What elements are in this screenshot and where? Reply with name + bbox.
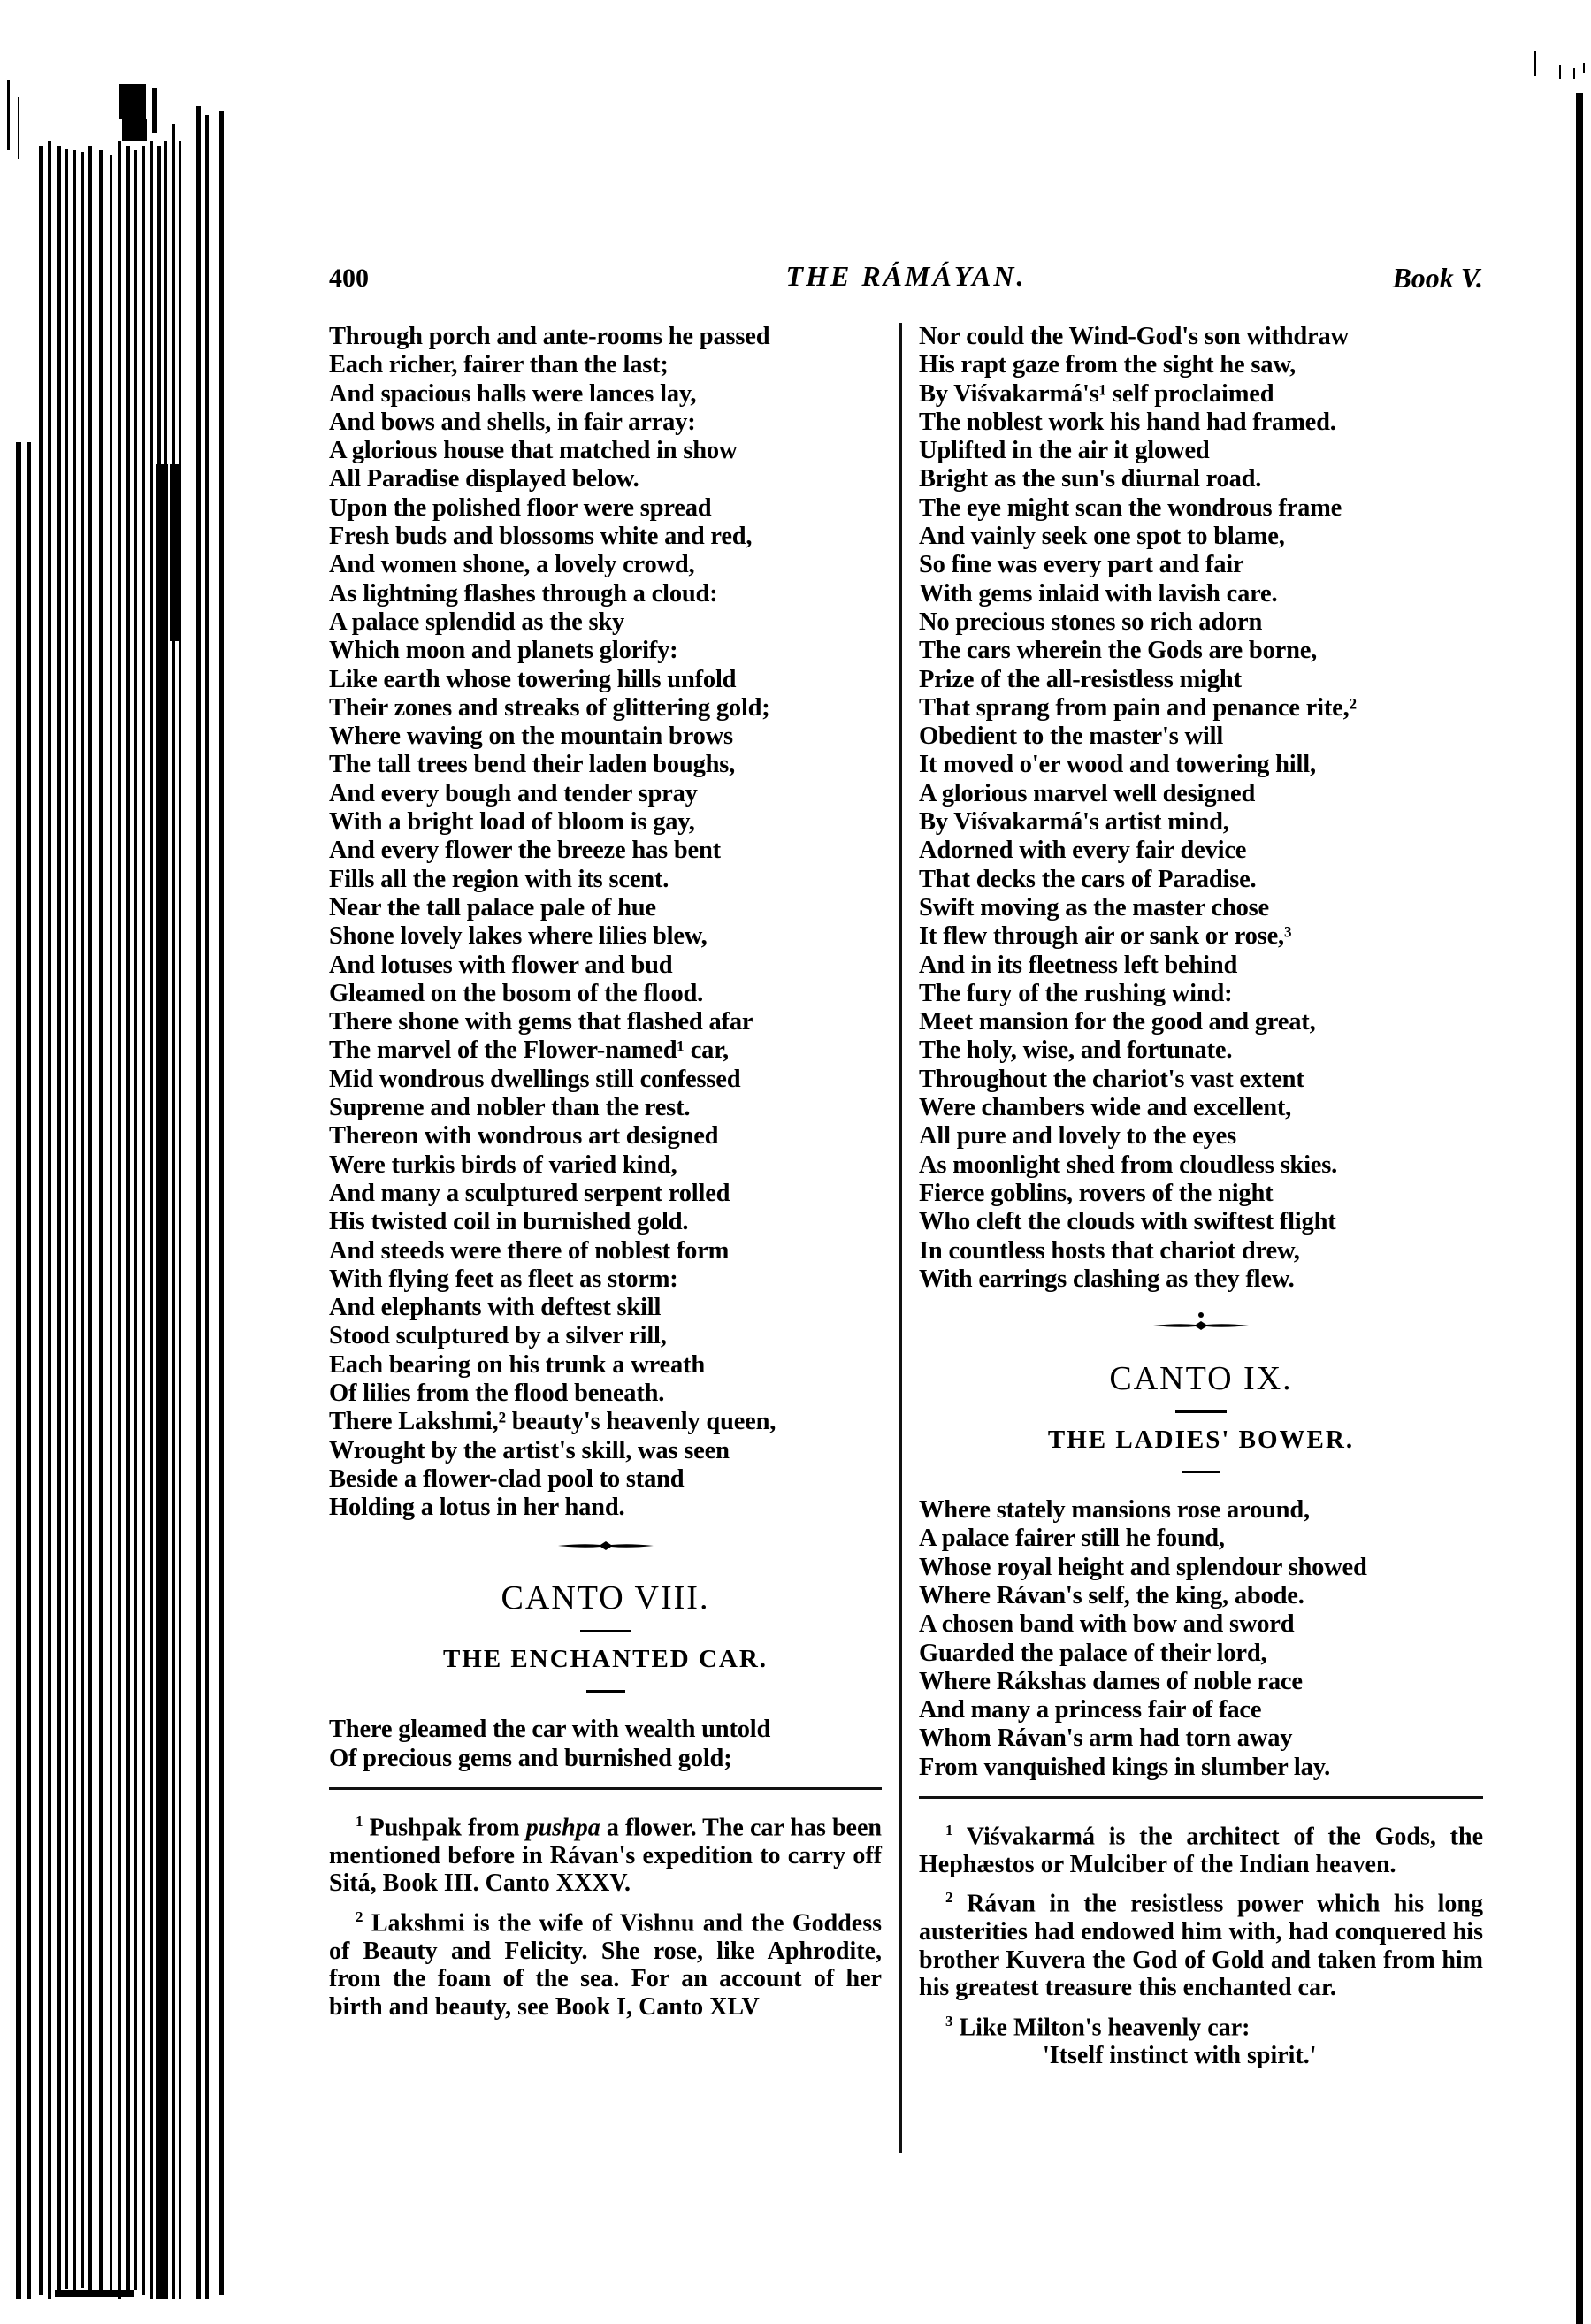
short-rule (580, 1630, 631, 1632)
scan-tick-marks-icon (1534, 49, 1587, 84)
verse-line: There shone with gems that flashed afar (329, 1008, 882, 1036)
verse-line: Through porch and ante-rooms he passed (329, 323, 882, 351)
left-column: Through porch and ante-rooms he passedEa… (329, 323, 882, 2026)
verse-line: Bright as the sun's diurnal road. (919, 465, 1483, 493)
verse-line: Each richer, fairer than the last; (329, 351, 882, 379)
left-verse-block: Through porch and ante-rooms he passedEa… (329, 323, 882, 1522)
footnote-2: 2 Lakshmi is the wife of Vishnu and the … (329, 1903, 882, 2021)
verse-line: Swift moving as the master chose (919, 894, 1483, 922)
footnote-text: Lakshmi is the wife of Vishnu and the Go… (329, 1909, 882, 2021)
verse-line: It moved o'er wood and towering hill, (919, 751, 1483, 779)
running-title: THE RÁMÁYAN. (329, 260, 1483, 293)
footnote-text: Viśvakarmá is the architect of the Gods,… (919, 1823, 1483, 1878)
verse-line: All Paradise displayed below. (329, 465, 882, 493)
canto-ix-subtitle: THE LADIES' BOWER. (919, 1426, 1483, 1455)
canto-ix-verse-block: Where stately mansions rose around,A pal… (919, 1496, 1483, 1782)
footnote-mark: 2 (945, 1889, 953, 1906)
verse-line: Fierce goblins, rovers of the night (919, 1180, 1483, 1208)
footnote-rule (919, 1796, 1483, 1799)
verse-line: Supreme and nobler than the rest. (329, 1094, 882, 1122)
scan-binding-edge (0, 0, 230, 2324)
verse-line: Were turkis birds of varied kind, (329, 1151, 882, 1180)
verse-line: The eye might scan the wondrous frame (919, 494, 1483, 523)
verse-line: Where stately mansions rose around, (919, 1496, 1483, 1525)
verse-line: Which moon and planets glorify: (329, 637, 882, 665)
verse-line: Stood sculptured by a silver rill, (329, 1322, 882, 1350)
verse-line: Thereon with wondrous art designed (329, 1122, 882, 1151)
verse-line: Obedient to the master's will (919, 722, 1483, 751)
footnote-1: 1 Viśvakarmá is the architect of the God… (919, 1816, 1483, 1878)
footnote-1: 1 Pushpak from pushpa a flower. The car … (329, 1808, 882, 1898)
verse-line: Of precious gems and burnished gold; (329, 1745, 882, 1773)
verse-line: A palace fairer still he found, (919, 1525, 1483, 1553)
footnote-italic-term: pushpa (526, 1814, 600, 1841)
verse-line: Prize of the all-resistless might (919, 666, 1483, 694)
right-column: Nor could the Wind-God's son withdrawHis… (919, 323, 1483, 2075)
verse-line: With gems inlaid with lavish care. (919, 580, 1483, 608)
footnote-quote: 'Itself instinct with spirit.' (919, 2042, 1483, 2070)
verse-line: Gleamed on the bosom of the flood. (329, 980, 882, 1008)
section-ornament-icon (1151, 1311, 1251, 1333)
verse-line: Upon the polished floor were spread (329, 494, 882, 523)
canto-ix-title: CANTO IX. (919, 1359, 1483, 1398)
verse-line: And every bough and tender spray (329, 780, 882, 808)
verse-line: Throughout the chariot's vast extent (919, 1066, 1483, 1094)
verse-line: And women shone, a lovely crowd, (329, 551, 882, 579)
verse-line: The marvel of the Flower-named¹ car, (329, 1036, 882, 1065)
verse-line: That decks the cars of Paradise. (919, 866, 1483, 894)
verse-line: Wrought by the artist's skill, was seen (329, 1437, 882, 1465)
verse-line: Meet mansion for the good and great, (919, 1008, 1483, 1036)
verse-line: Whom Rávan's arm had torn away (919, 1724, 1483, 1753)
right-verse-block: Nor could the Wind-God's son withdrawHis… (919, 323, 1483, 1294)
footnote-mark: 1 (356, 1813, 363, 1830)
verse-line: A chosen band with bow and sword (919, 1610, 1483, 1639)
verse-line: And many a sculptured serpent rolled (329, 1180, 882, 1208)
verse-line: With a bright load of bloom is gay, (329, 808, 882, 837)
verse-line: By Viśvakarmá's¹ self proclaimed (919, 380, 1483, 409)
footnote-text: Pushpak from (370, 1814, 526, 1841)
short-rule (586, 1690, 625, 1693)
verse-line: And in its fleetness left behind (919, 952, 1483, 980)
verse-line: And lotuses with flower and bud (329, 952, 882, 980)
column-divider (899, 323, 902, 2153)
verse-line: Uplifted in the air it glowed (919, 437, 1483, 465)
verse-line: The fury of the rushing wind: (919, 980, 1483, 1008)
verse-line: Holding a lotus in her hand. (329, 1494, 882, 1522)
left-footnotes: 1 Pushpak from pushpa a flower. The car … (329, 1808, 882, 2021)
verse-line: With earrings clashing as they flew. (919, 1265, 1483, 1294)
verse-line: The holy, wise, and fortunate. (919, 1036, 1483, 1065)
verse-line: In countless hosts that chariot drew, (919, 1237, 1483, 1265)
canto-viii-subtitle: THE ENCHANTED CAR. (329, 1645, 882, 1674)
footnote-rule (329, 1787, 882, 1790)
verse-line: A glorious house that matched in show (329, 437, 882, 465)
running-head: 400 THE RÁMÁYAN. Book V. (329, 256, 1483, 301)
verse-line: Where waving on the mountain brows (329, 722, 882, 751)
binding-stripes-icon (0, 0, 230, 2324)
footnote-mark: 3 (945, 2013, 953, 2030)
verse-line: With flying feet as fleet as storm: (329, 1265, 882, 1294)
verse-line: That sprang from pain and penance rite,² (919, 694, 1483, 722)
footnote-3: 3 Like Milton's heavenly car: 'Itself in… (919, 2007, 1483, 2069)
footnote-text: Rávan in the resistless power which his … (919, 1891, 1483, 2002)
verse-line: There gleamed the car with wealth untold (329, 1716, 882, 1744)
verse-line: And bows and shells, in fair array: (329, 409, 882, 437)
verse-line: And many a princess fair of face (919, 1696, 1483, 1724)
verse-line: Fills all the region with its scent. (329, 866, 882, 894)
verse-line: The noblest work his hand had framed. (919, 409, 1483, 437)
book-page: 400 THE RÁMÁYAN. Book V. Through porch a… (329, 256, 1483, 301)
verse-line: Who cleft the clouds with swiftest fligh… (919, 1208, 1483, 1236)
verse-line: Beside a flower-clad pool to stand (329, 1465, 882, 1494)
verse-line: The tall trees bend their laden boughs, (329, 751, 882, 779)
verse-line: Each bearing on his trunk a wreath (329, 1351, 882, 1380)
verse-line: His rapt gaze from the sight he saw, (919, 351, 1483, 379)
verse-line: Nor could the Wind-God's son withdraw (919, 323, 1483, 351)
verse-line: There Lakshmi,² beauty's heavenly queen, (329, 1408, 882, 1436)
verse-line: Of lilies from the flood beneath. (329, 1380, 882, 1408)
verse-line: It flew through air or sank or rose,³ (919, 922, 1483, 951)
footnote-text: Like Milton's heavenly car: (960, 2014, 1251, 2041)
footnote-mark: 1 (945, 1822, 953, 1839)
verse-line: Were chambers wide and excellent, (919, 1094, 1483, 1122)
verse-line: No precious stones so rich adorn (919, 608, 1483, 637)
verse-line: His twisted coil in burnished gold. (329, 1208, 882, 1236)
verse-line: Whose royal height and splendour showed (919, 1554, 1483, 1582)
short-rule (1182, 1471, 1220, 1473)
scan-right-edge (1576, 93, 1583, 2324)
verse-line: A palace splendid as the sky (329, 608, 882, 637)
verse-line: And steeds were there of noblest form (329, 1237, 882, 1265)
footnote-2: 2 Rávan in the resistless power which hi… (919, 1884, 1483, 2001)
verse-line: Their zones and streaks of glittering go… (329, 694, 882, 722)
verse-line: A glorious marvel well designed (919, 780, 1483, 808)
section-ornament-icon (556, 1540, 655, 1552)
verse-line: And vainly seek one spot to blame, (919, 523, 1483, 551)
verse-line: Where Rákshas dames of noble race (919, 1668, 1483, 1696)
verse-line: So fine was every part and fair (919, 551, 1483, 579)
canto-viii-verse-block: There gleamed the car with wealth untold… (329, 1716, 882, 1773)
verse-line: Guarded the palace of their lord, (919, 1640, 1483, 1668)
verse-line: Adorned with every fair device (919, 837, 1483, 865)
verse-line: Near the tall palace pale of hue (329, 894, 882, 922)
verse-line: By Viśvakarmá's artist mind, (919, 808, 1483, 837)
short-rule (1175, 1410, 1227, 1413)
verse-line: Fresh buds and blossoms white and red, (329, 523, 882, 551)
verse-line: Mid wondrous dwellings still confessed (329, 1066, 882, 1094)
verse-line: From vanquished kings in slumber lay. (919, 1754, 1483, 1782)
verse-line: As moonlight shed from cloudless skies. (919, 1151, 1483, 1180)
verse-line: Like earth whose towering hills unfold (329, 666, 882, 694)
verse-line: All pure and lovely to the eyes (919, 1122, 1483, 1151)
footnote-mark: 2 (356, 1908, 363, 1925)
verse-line: Where Rávan's self, the king, abode. (919, 1582, 1483, 1610)
verse-line: The cars wherein the Gods are borne, (919, 637, 1483, 665)
canto-viii-title: CANTO VIII. (329, 1579, 882, 1617)
verse-line: Shone lovely lakes where lilies blew, (329, 922, 882, 951)
verse-line: And elephants with deftest skill (329, 1294, 882, 1322)
verse-line: And every flower the breeze has bent (329, 837, 882, 865)
right-footnotes: 1 Viśvakarmá is the architect of the God… (919, 1816, 1483, 2069)
book-label: Book V. (1392, 262, 1483, 294)
verse-line: As lightning flashes through a cloud: (329, 580, 882, 608)
verse-line: And spacious halls were lances lay, (329, 380, 882, 409)
